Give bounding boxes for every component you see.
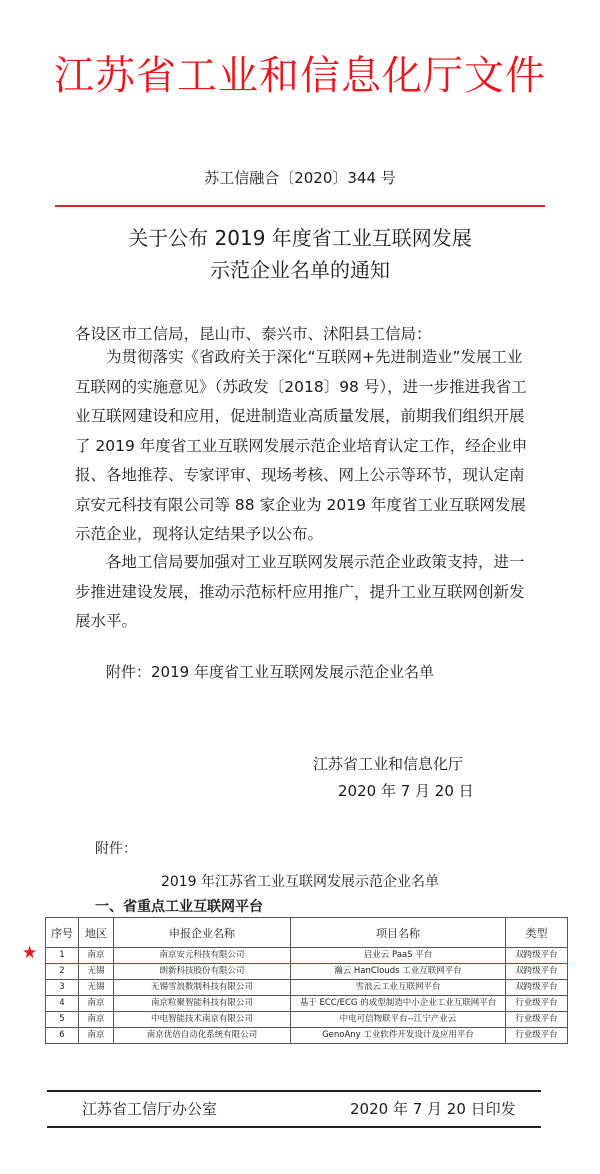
enterprise-table: 序号 地区 申报企业名称 项目名称 类型 1 南京 南京安元科技有限公司 启业云… (45, 917, 568, 1044)
cell-region: 南京 (79, 996, 114, 1012)
section-heading: 一、省重点工业互联网平台 (95, 898, 263, 916)
cell-project: 中电可信物联平台--江宁产业云 (291, 1012, 506, 1028)
cell-region: 无锡 (79, 964, 114, 980)
body-paragraph-2: 各地工信局要加强对工业互联网发展示范企业政策支持，进一步推进建设发展，推动示范标… (75, 548, 535, 637)
cell-project: 基于 ECC/ECG 的成型制造中小企业工业互联网平台 (291, 996, 506, 1012)
table-row: 6 南京 南京优倍自动化系统有限公司 GenoAny 工业软件开发设计及应用平台… (46, 1028, 568, 1044)
column-header-company: 申报企业名称 (114, 918, 291, 948)
cell-company: 南京粒聚智能科技有限公司 (114, 996, 291, 1012)
cell-type: 双跨级平台 (506, 948, 568, 964)
cell-type: 行业级平台 (506, 996, 568, 1012)
cell-number: 1 (46, 948, 79, 964)
cell-region: 无锡 (79, 980, 114, 996)
table-row: 4 南京 南京粒聚智能科技有限公司 基于 ECC/ECG 的成型制造中小企业工业… (46, 996, 568, 1012)
notice-title: 关于公布 2019 年度省工业互联网发展 示范企业名单的通知 (0, 222, 600, 286)
column-header-number: 序号 (46, 918, 79, 948)
table-row: 3 无锡 无锡雪浪数制科技有限公司 雪浪云工业互联网平台 双跨级平台 (46, 980, 568, 996)
table-header-row: 序号 地区 申报企业名称 项目名称 类型 (46, 918, 568, 948)
document-number: 苏工信融合〔2020〕344 号 (0, 168, 600, 188)
footer-divider-top (47, 1090, 541, 1092)
attachment-label: 附件： (95, 840, 137, 858)
cell-company: 中电智能技术南京有限公司 (114, 1012, 291, 1028)
body-paragraph-1-text: 为贯彻落实《省政府关于深化“互联网+先进制造业”发展工业互联网的实施意见》（苏政… (75, 343, 535, 550)
column-header-type: 类型 (506, 918, 568, 948)
cell-company: 无锡雪浪数制科技有限公司 (114, 980, 291, 996)
table-row-highlighted: 1 南京 南京安元科技有限公司 启业云 PaaS 平台 双跨级平台 (46, 948, 568, 964)
cell-company: 南京优倍自动化系统有限公司 (114, 1028, 291, 1044)
signature-organization: 江苏省工业和信息化厅 (313, 754, 463, 774)
cell-type: 行业级平台 (506, 1028, 568, 1044)
footer-issuer: 江苏省工信厅办公室 (82, 1098, 217, 1120)
attachment-reference: 附件：2019 年度省工业互联网发展示范企业名单 (106, 662, 434, 682)
footer-divider-bottom (47, 1126, 541, 1128)
cell-project: 雪浪云工业互联网平台 (291, 980, 506, 996)
table-row: 5 南京 中电智能技术南京有限公司 中电可信物联平台--江宁产业云 行业级平台 (46, 1012, 568, 1028)
cell-region: 南京 (79, 1012, 114, 1028)
cell-region: 南京 (79, 948, 114, 964)
cell-number: 3 (46, 980, 79, 996)
column-header-project: 项目名称 (291, 918, 506, 948)
star-icon: ★ (22, 944, 37, 962)
table-row: 2 无锡 朗新科技股份有限公司 瀚云 HanClouds 工业互联网平台 双跨级… (46, 964, 568, 980)
document-header-title: 江苏省工业和信息化厅文件 (0, 52, 600, 100)
header-red-divider (55, 205, 545, 207)
cell-project: GenoAny 工业软件开发设计及应用平台 (291, 1028, 506, 1044)
cell-company: 朗新科技股份有限公司 (114, 964, 291, 980)
notice-title-line-1: 关于公布 2019 年度省工业互联网发展 (0, 222, 600, 254)
cell-number: 6 (46, 1028, 79, 1044)
cell-type: 行业级平台 (506, 1012, 568, 1028)
body-paragraph-2-text: 各地工信局要加强对工业互联网发展示范企业政策支持，进一步推进建设发展，推动示范标… (75, 548, 535, 637)
cell-region: 南京 (79, 1028, 114, 1044)
cell-type: 双跨级平台 (506, 980, 568, 996)
column-header-region: 地区 (79, 918, 114, 948)
cell-number: 5 (46, 1012, 79, 1028)
notice-title-line-2: 示范企业名单的通知 (0, 254, 600, 286)
cell-project: 启业云 PaaS 平台 (291, 948, 506, 964)
signature-date: 2020 年 7 月 20 日 (338, 781, 474, 801)
cell-company: 南京安元科技有限公司 (114, 948, 291, 964)
body-paragraph-1: 为贯彻落实《省政府关于深化“互联网+先进制造业”发展工业互联网的实施意见》（苏政… (75, 343, 535, 550)
attachment-list-title: 2019 年江苏省工业互联网发展示范企业名单 (0, 873, 600, 891)
footer-issue-date: 2020 年 7 月 20 日印发 (350, 1098, 516, 1120)
cell-number: 2 (46, 964, 79, 980)
cell-project: 瀚云 HanClouds 工业互联网平台 (291, 964, 506, 980)
cell-number: 4 (46, 996, 79, 1012)
cell-type: 双跨级平台 (506, 964, 568, 980)
